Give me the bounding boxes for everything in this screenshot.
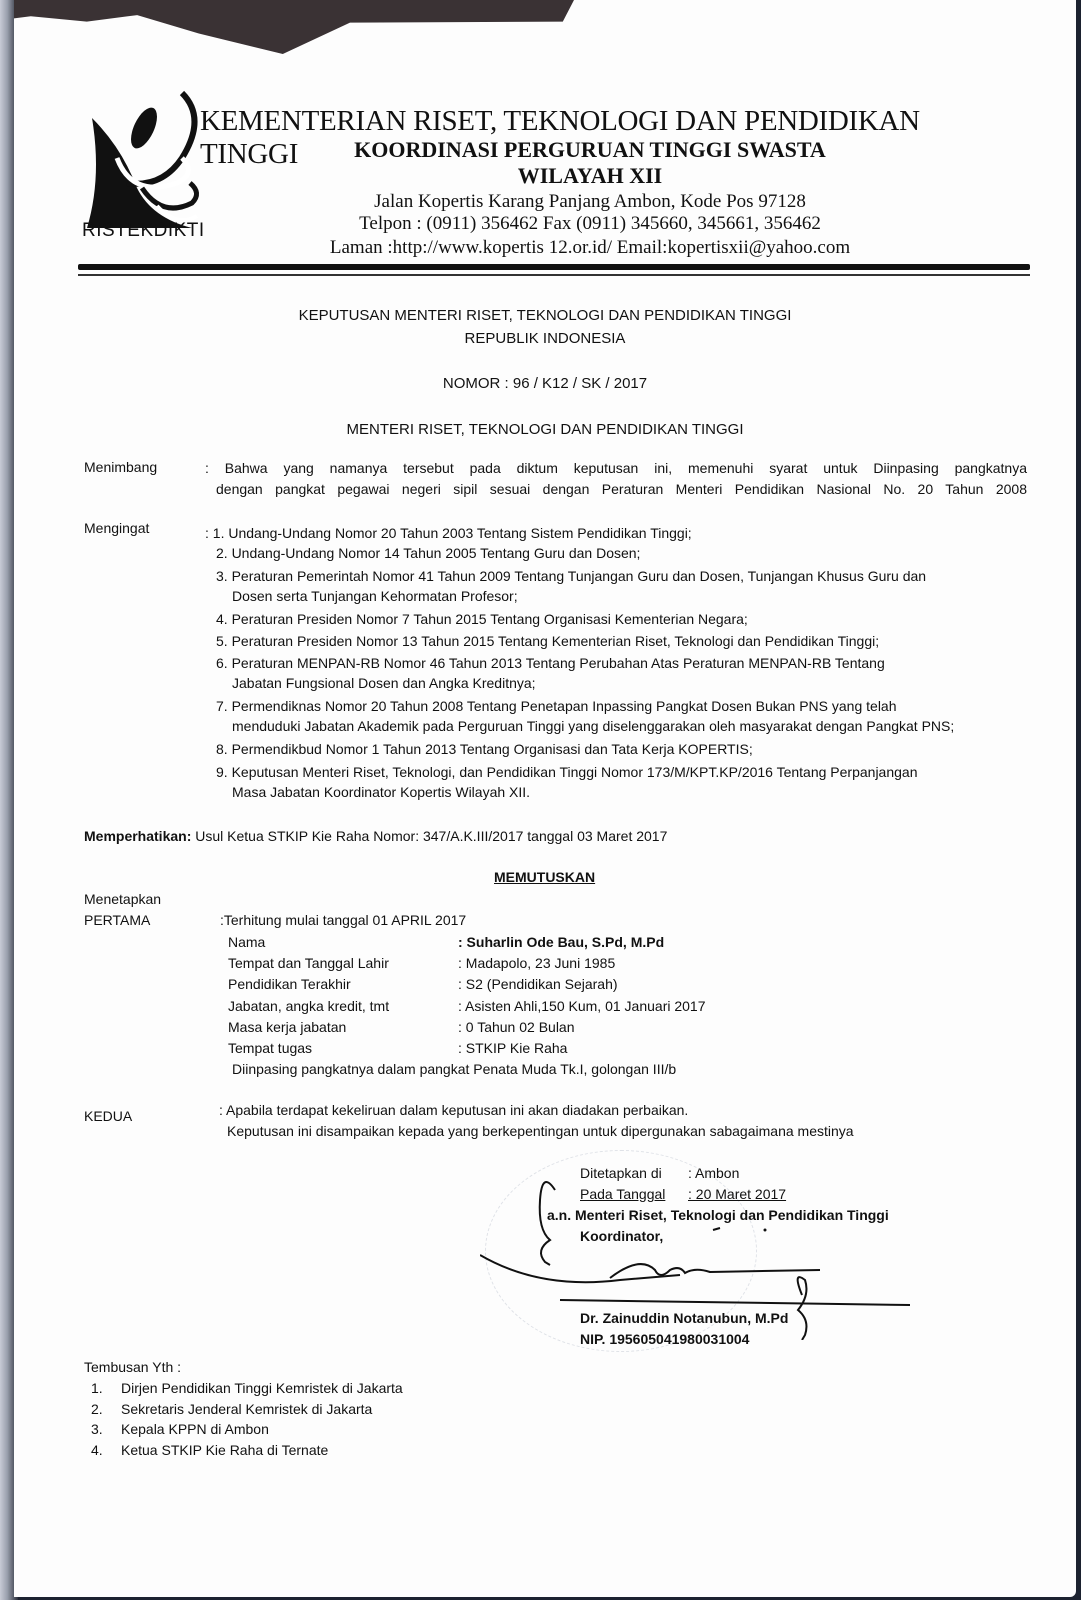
field-value: : 0 Tahun 02 Bulan	[458, 1017, 575, 1038]
mengingat-item: Dosen serta Tunjangan Kehormatan Profeso…	[232, 586, 518, 607]
tembusan-item: Sekretaris Jenderal Kemristek di Jakarta	[121, 1399, 372, 1420]
mengingat-item: 6. Peraturan MENPAN-RB Nomor 46 Tahun 20…	[216, 653, 885, 674]
field-value: : Asisten Ahli,150 Kum, 01 Januari 2017	[458, 996, 706, 1017]
memutuskan-heading: MEMUTUSKAN	[494, 867, 595, 888]
kedua-line-2: Keputusan ini disampaikan kepada yang be…	[227, 1121, 854, 1142]
field-label: Pendidikan Terakhir	[228, 974, 351, 995]
letterhead-rule-thick	[78, 264, 1030, 270]
address: Jalan Kopertis Karang Panjang Ambon, Kod…	[180, 191, 1000, 213]
signatory-name: Dr. Zainuddin Notanubun, M.Pd	[580, 1308, 788, 1329]
tembusan-item: Dirjen Pendidikan Tinggi Kemristek di Ja…	[121, 1378, 403, 1399]
mengingat-item: 3. Peraturan Pemerintah Nomor 41 Tahun 2…	[216, 566, 926, 587]
tembusan-item: Kepala KPPN di Ambon	[121, 1419, 269, 1440]
kedua-line-1: : Apabila terdapat kekeliruan dalam kepu…	[219, 1100, 688, 1121]
region-name: WILAYAH XII	[180, 163, 1000, 189]
pertama-closing: Diinpasing pangkatnya dalam pangkat Pena…	[232, 1059, 676, 1080]
web-email: Laman :http://www.kopertis 12.or.id/ Ema…	[180, 237, 1000, 259]
phone-fax: Telpon : (0911) 356462 Fax (0911) 345660…	[180, 213, 1000, 235]
mengingat-item: 7. Permendiknas Nomor 20 Tahun 2008 Tent…	[216, 696, 897, 717]
mengingat-item: 5. Peraturan Presiden Nomor 13 Tahun 201…	[216, 631, 879, 652]
mengingat-item: menduduki Jabatan Akademik pada Pergurua…	[232, 716, 954, 737]
field-label: Tempat dan Tanggal Lahir	[228, 953, 389, 974]
field-value: : S2 (Pendidikan Sejarah)	[458, 974, 618, 995]
memperhatikan-label: Memperhatikan:	[84, 828, 191, 844]
mengingat-item: 9. Keputusan Menteri Riset, Teknologi, d…	[216, 762, 918, 783]
decree-title: KEPUTUSAN MENTERI RISET, TEKNOLOGI DAN P…	[14, 307, 1076, 324]
field-value: : STKIP Kie Raha	[458, 1038, 567, 1059]
tembusan-num: 4.	[91, 1440, 103, 1461]
memperhatikan: Memperhatikan: Usul Ketua STKIP Kie Raha…	[84, 826, 667, 847]
mengingat-item: 8. Permendikbud Nomor 1 Tahun 2013 Tenta…	[216, 739, 753, 760]
field-value: : Madapolo, 23 Juni 1985	[458, 953, 615, 974]
field-value-name: : Suharlin Ode Bau, S.Pd, M.Pd	[458, 932, 664, 953]
pertama-label: PERTAMA	[84, 910, 150, 931]
field-label: Tempat tugas	[228, 1038, 312, 1059]
signatory-nip: NIP. 195605041980031004	[580, 1329, 749, 1350]
mengingat-item: 2. Undang-Undang Nomor 14 Tahun 2005 Ten…	[216, 543, 640, 564]
mengingat-item: : 1. Undang-Undang Nomor 20 Tahun 2003 T…	[205, 523, 692, 544]
field-label: Jabatan, angka kredit, tmt	[228, 996, 389, 1017]
tembusan-num: 2.	[91, 1399, 103, 1420]
pertama-intro: :Terhitung mulai tanggal 01 APRIL 2017	[220, 910, 466, 931]
decree-issuer: MENTERI RISET, TEKNOLOGI DAN PENDIDIKAN …	[14, 421, 1076, 438]
mengingat-item: Jabatan Fungsional Dosen dan Angka Kredi…	[232, 673, 536, 694]
mengingat-label: Mengingat	[84, 518, 149, 539]
tembusan-label: Tembusan Yth :	[84, 1357, 181, 1378]
office-name: KOORDINASI PERGURUAN TINGGI SWASTA	[180, 137, 1000, 163]
field-label: Nama	[228, 932, 265, 953]
mengingat-item: 4. Peraturan Presiden Nomor 7 Tahun 2015…	[216, 609, 748, 630]
memperhatikan-text: Usul Ketua STKIP Kie Raha Nomor: 347/A.K…	[191, 828, 667, 844]
tembusan-item: Ketua STKIP Kie Raha di Ternate	[121, 1440, 328, 1461]
decree-number: NOMOR : 96 / K12 / SK / 2017	[14, 375, 1076, 392]
letterhead-rule-thin	[78, 274, 1030, 276]
decree-country: REPUBLIK INDONESIA	[14, 330, 1076, 347]
menetapkan-label: Menetapkan	[84, 889, 161, 910]
field-label: Masa kerja jabatan	[228, 1017, 346, 1038]
menimbang-line-1: : Bahwa yang namanya tersebut pada diktu…	[205, 458, 1027, 479]
kedua-label: KEDUA	[84, 1106, 132, 1127]
mengingat-item: Masa Jabatan Koordinator Kopertis Wilaya…	[232, 782, 530, 803]
tembusan-num: 1.	[91, 1378, 103, 1399]
menimbang-label: Menimbang	[84, 457, 157, 478]
menimbang-line-2: dengan pangkat pegawai negeri sipil sesu…	[216, 479, 1027, 500]
tembusan-num: 3.	[91, 1419, 103, 1440]
